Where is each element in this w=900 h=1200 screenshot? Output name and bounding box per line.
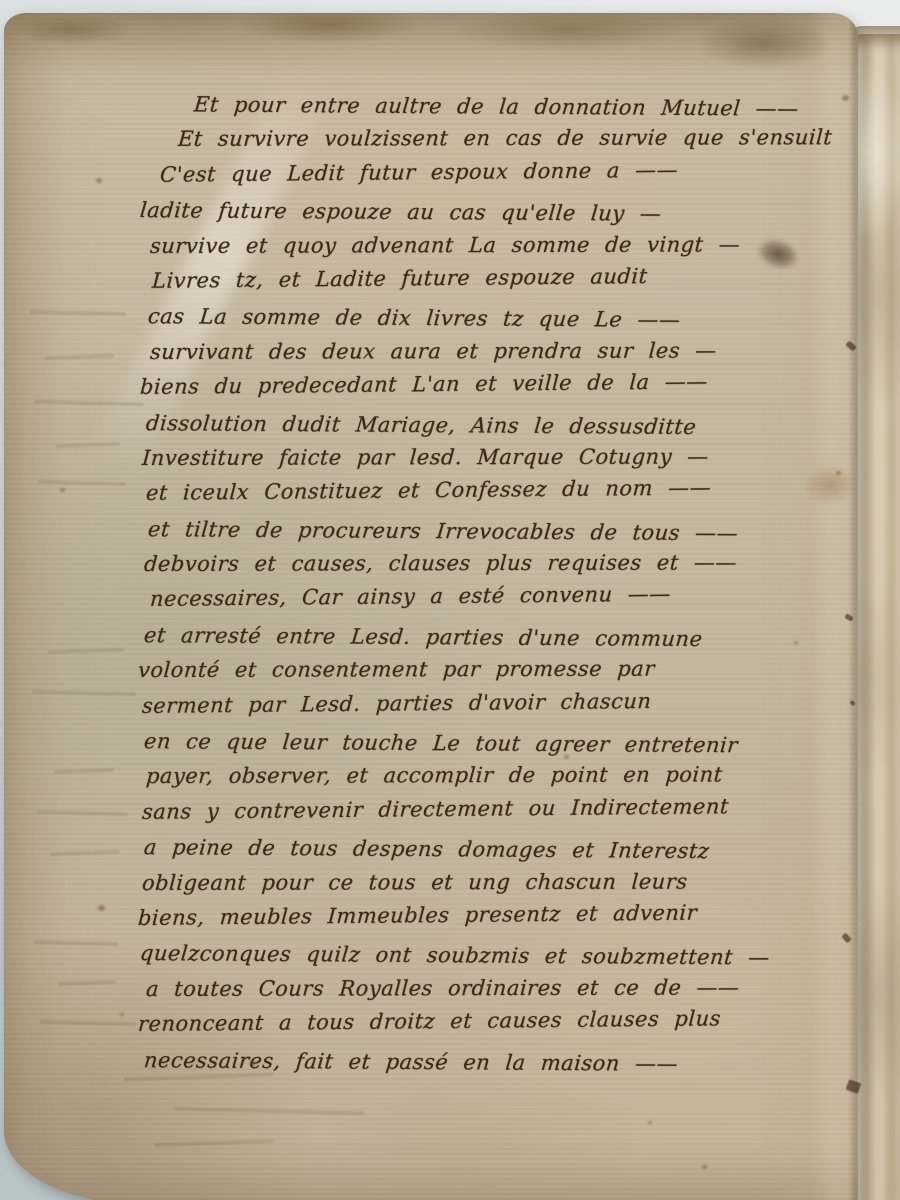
- manuscript-page: Et pour entre aultre de la donnation Mut…: [4, 13, 858, 1200]
- bleed-through-mark: [36, 810, 128, 816]
- manuscript-line: et iceulx Constituez et Confessez du nom…: [131, 469, 863, 511]
- bleed-through-mark: [40, 1020, 136, 1026]
- fox-spot: [120, 1013, 124, 1016]
- bleed-through-mark: [38, 480, 126, 486]
- bleed-through-mark: [154, 1139, 274, 1147]
- manuscript-line: necessaires, Car ainsy a esté convenu ——: [131, 575, 863, 617]
- fox-spot: [60, 488, 65, 492]
- bleed-through-mark: [54, 768, 114, 774]
- fox-spot: [836, 471, 841, 475]
- bleed-through-mark: [48, 648, 124, 655]
- fox-spot: [648, 1121, 652, 1124]
- bleed-through-mark: [34, 940, 118, 946]
- manuscript-line: serment par Lesd. parties d'avoir chascu…: [131, 682, 863, 724]
- fox-spot: [250, 1061, 256, 1066]
- photograph-of-manuscript: Et pour entre aultre de la donnation Mut…: [0, 0, 900, 1200]
- fox-spot: [842, 95, 849, 101]
- bleed-through-mark: [32, 690, 136, 697]
- fox-spot: [702, 1165, 707, 1169]
- manuscript-line: biens du predecedant L'an et veille de l…: [131, 363, 863, 405]
- manuscript-line: sans y contrevenir directement ou Indire…: [131, 788, 863, 830]
- bleed-through-mark: [44, 354, 114, 360]
- bleed-through-mark: [50, 850, 120, 856]
- bleed-through-mark: [58, 980, 116, 986]
- manuscript-line: biens, meubles Immeubles presentz et adv…: [131, 894, 863, 936]
- fox-spot: [98, 905, 105, 911]
- fox-spot: [96, 178, 102, 183]
- manuscript-line: Livres tz, et Ladite future espouze audi…: [131, 257, 863, 299]
- handwritten-text-block: Et pour entre aultre de la donnation Mut…: [132, 87, 862, 1078]
- damp-stain: [304, 1073, 644, 1193]
- fox-spot: [564, 755, 569, 759]
- manuscript-line: C'est que Ledit futur espoux donne a ——: [131, 151, 863, 193]
- bleed-through-mark: [30, 310, 126, 316]
- manuscript-line: renonceant a tous droitz et causes claus…: [131, 1000, 863, 1042]
